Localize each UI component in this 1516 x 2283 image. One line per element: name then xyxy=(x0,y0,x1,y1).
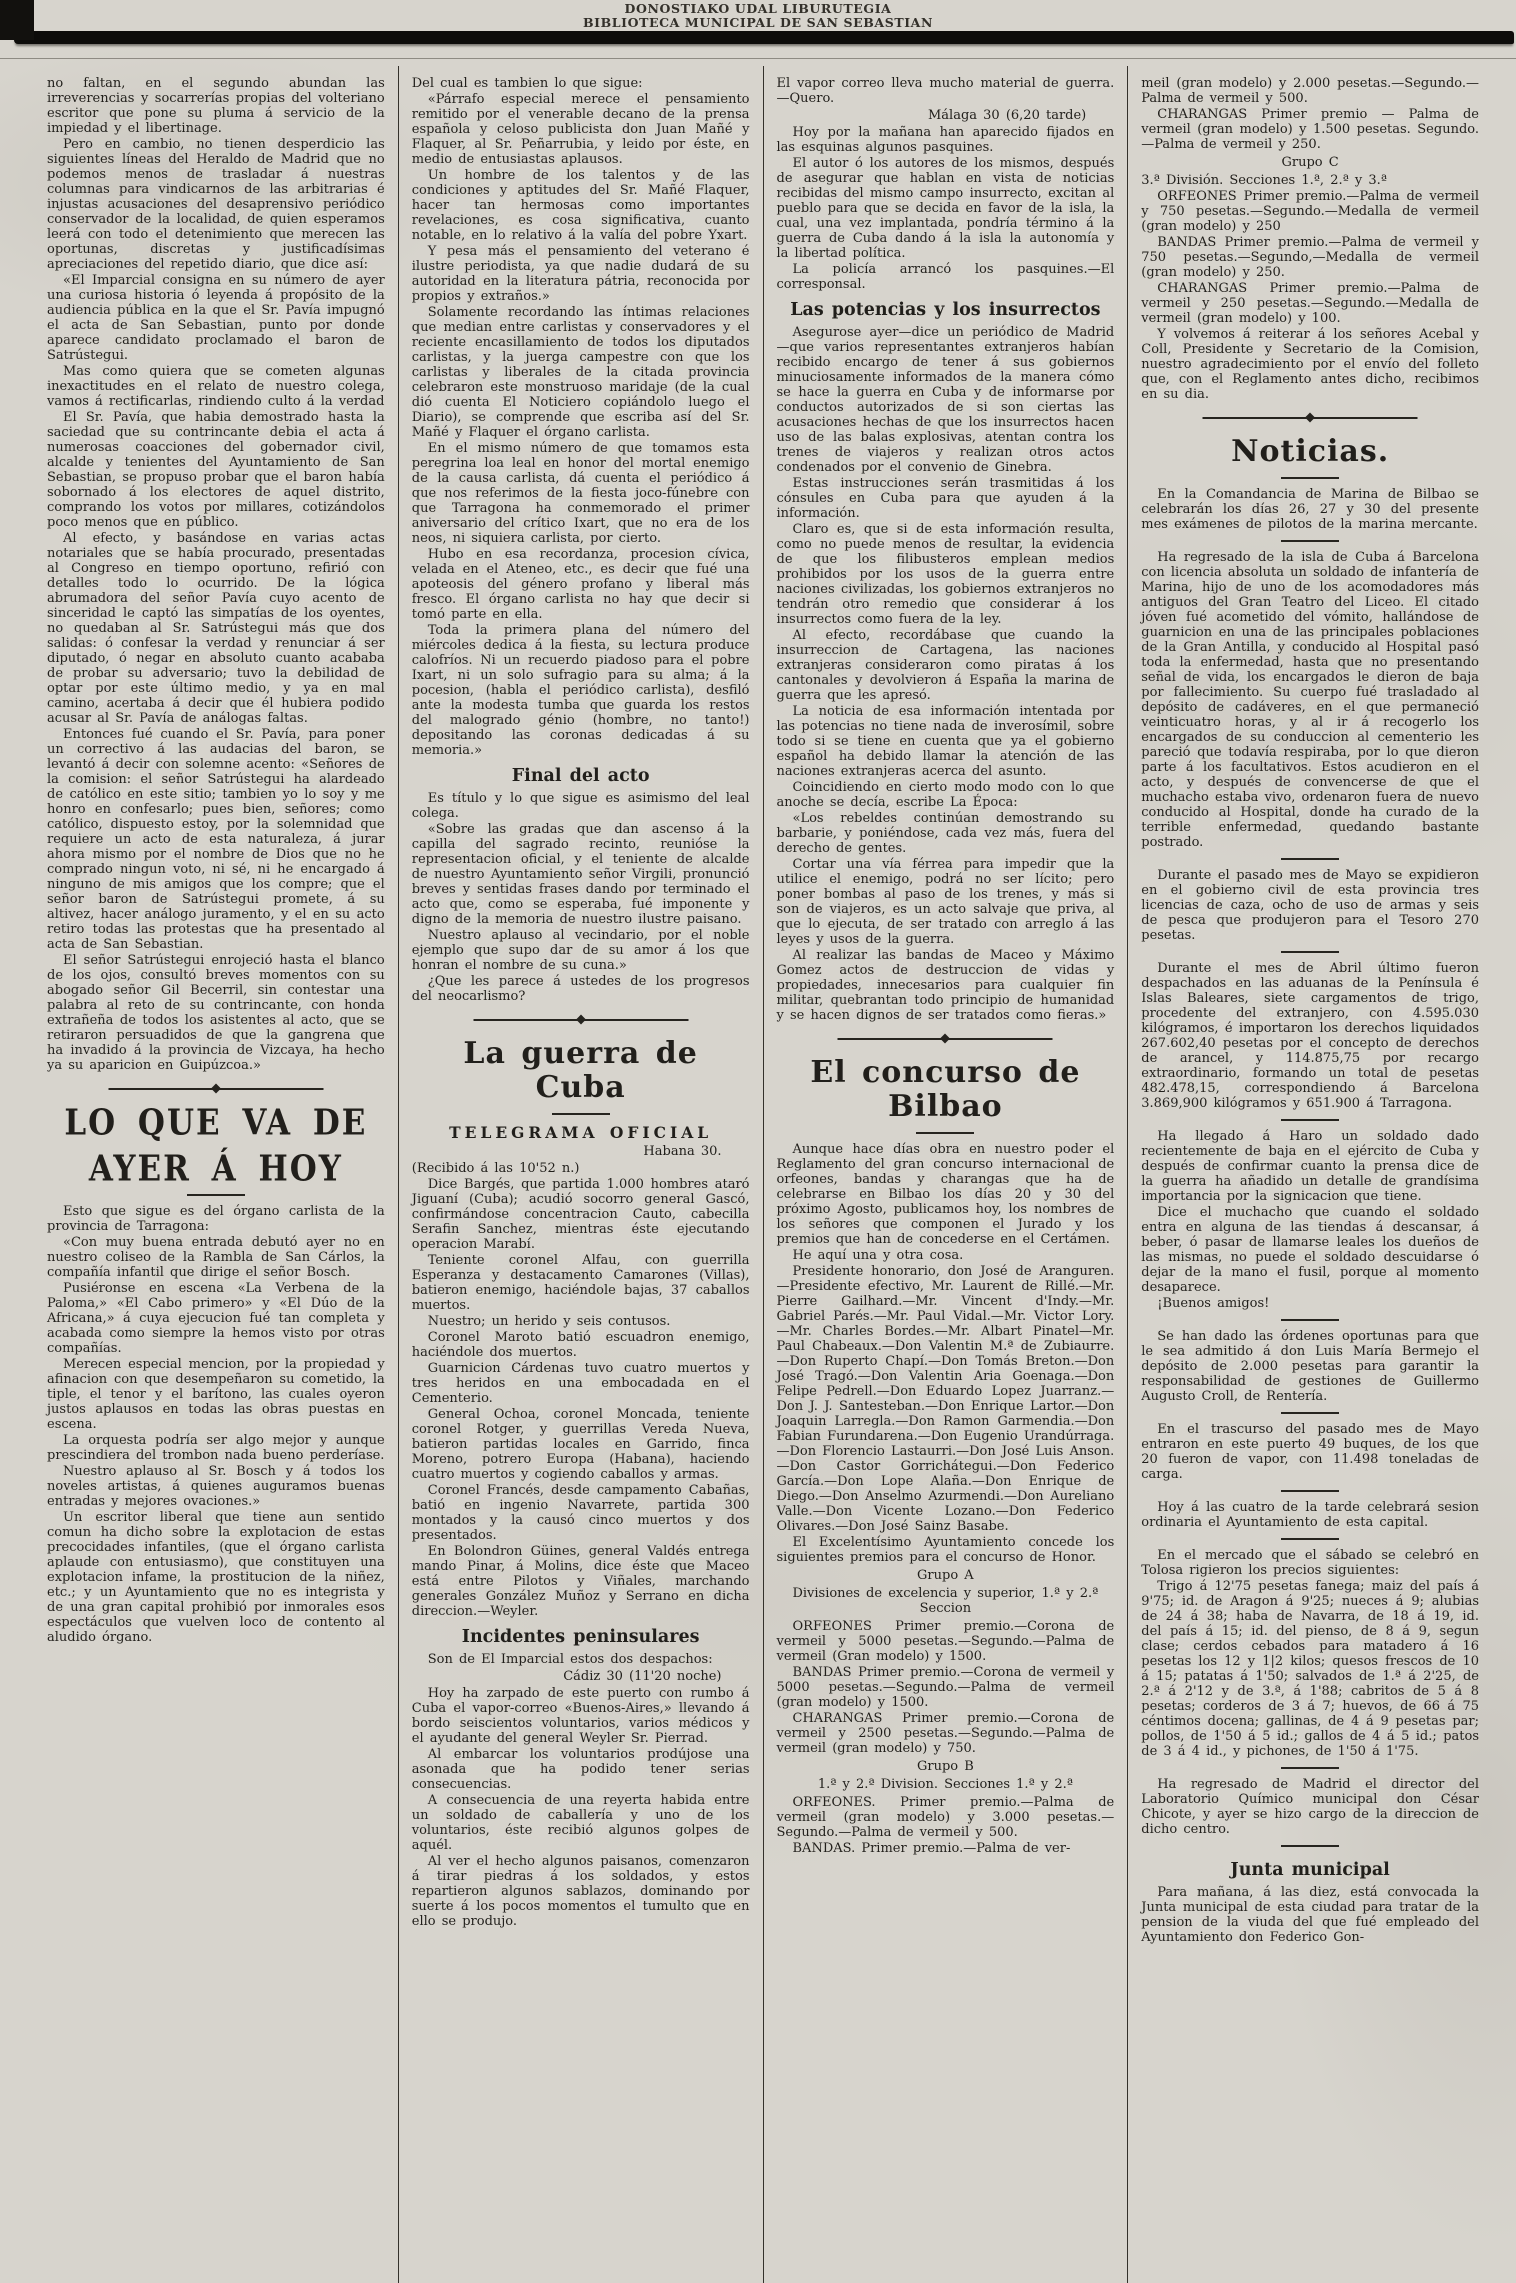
section-heading: Noticias. xyxy=(1141,435,1479,469)
paragraph: Aunque hace días obra en nuestro poder e… xyxy=(777,1142,1115,1247)
paragraph: El vapor correo lleva mucho material de … xyxy=(777,76,1115,106)
paragraph: Esto que sigue es del órgano carlista de… xyxy=(47,1204,385,1234)
paragraph: Al efecto, recordábase que cuando la ins… xyxy=(777,628,1115,703)
paragraph: El autor ó los autores de los mismos, de… xyxy=(777,156,1115,261)
section-heading: El concurso de Bilbao xyxy=(777,1056,1115,1124)
paragraph: «Los rebeldes continúan demostrando su b… xyxy=(777,811,1115,856)
paragraph: no faltan, en el segundo abundan las irr… xyxy=(47,76,385,136)
paragraph: Guarnicion Cárdenas tuvo cuatro muertos … xyxy=(412,1361,750,1406)
paragraph: Presidente honorario, don José de Arangu… xyxy=(777,1264,1115,1534)
section-heading: Final del acto xyxy=(412,765,750,787)
column-container: no faltan, en el segundo abundan las irr… xyxy=(34,66,1492,2283)
section-divider xyxy=(412,1108,750,1120)
section-divider xyxy=(1141,1314,1479,1326)
centered-line: Grupo C xyxy=(1141,155,1479,170)
paragraph: El señor Satrústegui enrojeció hasta el … xyxy=(47,953,385,1073)
paragraph: Asegurose ayer—dice un periódico de Madr… xyxy=(777,325,1115,475)
paragraph: Estas instrucciones serán trasmitidas á … xyxy=(777,476,1115,521)
centered-line: 1.ª y 2.ª Division. Secciones 1.ª y 2.ª xyxy=(777,1777,1115,1792)
stamp-line-2: BIBLIOTECA MUNICIPAL DE SAN SEBASTIAN xyxy=(0,16,1516,30)
paragraph: Nuestro aplauso al vecindario, por el no… xyxy=(412,928,750,973)
column-4: meil (gran modelo) y 2.000 pesetas.—Segu… xyxy=(1127,66,1492,2283)
section-divider xyxy=(777,1030,1115,1048)
paragraph: General Ochoa, coronel Moncada, teniente… xyxy=(412,1407,750,1482)
paragraph: Ha regresado de la isla de Cuba á Barcel… xyxy=(1141,550,1479,850)
paragraph: «El Imparcial consigna en su número de a… xyxy=(47,273,385,363)
paragraph: Coronel Francés, desde campamento Cabaña… xyxy=(412,1483,750,1543)
dateline: Habana 30. xyxy=(412,1144,750,1159)
paragraph: La policía arrancó los pasquines.—El cor… xyxy=(777,262,1115,292)
paragraph: Dice el muchacho que cuando el soldado e… xyxy=(1141,1205,1479,1295)
ink-band xyxy=(14,31,1514,44)
centered-line: Grupo A xyxy=(777,1568,1115,1583)
paragraph: Merecen especial mencion, por la propied… xyxy=(47,1357,385,1432)
section-divider xyxy=(1141,409,1479,427)
section-divider xyxy=(412,1011,750,1029)
paragraph: Teniente coronel Alfau, con guerrilla Es… xyxy=(412,1253,750,1313)
paragraph: Al efecto, y basándose en varias actas n… xyxy=(47,531,385,726)
paragraph: ORFEONES Primer premio.—Palma de vermeil… xyxy=(1141,189,1479,234)
paragraph: En la Comandancia de Marina de Bilbao se… xyxy=(1141,487,1479,532)
paragraph: Toda la primera plana del número del mié… xyxy=(412,623,750,758)
paragraph: ORFEONES Primer premio.—Corona de vermei… xyxy=(777,1619,1115,1664)
section-divider xyxy=(1141,1840,1479,1852)
section-subheading: TELEGRAMA OFICIAL xyxy=(412,1125,750,1140)
dateline: Cádiz 30 (11'20 noche) xyxy=(412,1669,750,1684)
paragraph: Pusiéronse en escena «La Verbena de la P… xyxy=(47,1281,385,1356)
paragraph: «Sobre las gradas que dan ascenso á la c… xyxy=(412,822,750,927)
dateline: Málaga 30 (6,20 tarde) xyxy=(777,108,1115,123)
column-1: no faltan, en el segundo abundan las irr… xyxy=(34,66,398,2283)
paragraph: La orquesta podría ser algo mejor y aunq… xyxy=(47,1433,385,1463)
paragraph: El Excelentísimo Ayuntamiento concede lo… xyxy=(777,1535,1115,1565)
paragraph: Se han dado las órdenes oportunas para q… xyxy=(1141,1329,1479,1404)
paragraph: Dice Bargés, que partida 1.000 hombres a… xyxy=(412,1177,750,1252)
paragraph: BANDAS Primer premio.—Corona de vermeil … xyxy=(777,1665,1115,1710)
paragraph: ORFEONES. Primer premio.—Palma de vermei… xyxy=(777,1795,1115,1840)
paragraph: La noticia de esa información intentada … xyxy=(777,704,1115,779)
paragraph: ¿Que les parece á ustedes de los progres… xyxy=(412,974,750,1004)
paragraph: Es título y lo que sigue es asimismo del… xyxy=(412,791,750,821)
paragraph: El Sr. Pavía, que habia demostrado hasta… xyxy=(47,410,385,530)
paragraph: Claro es, que si de esta información res… xyxy=(777,522,1115,627)
paragraph: Coronel Maroto batió escuadron enemigo, … xyxy=(412,1330,750,1360)
section-heading: Junta municipal xyxy=(1141,1859,1479,1881)
newspaper-page: DONOSTIAKO UDAL LIBURUTEGIA BIBLIOTECA M… xyxy=(0,0,1516,2283)
paragraph: CHARANGAS Primer premio.—Palma de vermei… xyxy=(1141,281,1479,326)
paragraph: Durante el pasado mes de Mayo se expidie… xyxy=(1141,868,1479,943)
section-divider xyxy=(1141,1533,1479,1545)
paragraph: Hoy por la mañana han aparecido fijados … xyxy=(777,125,1115,155)
section-divider xyxy=(777,1127,1115,1139)
paragraph: Cortar una vía férrea para impedir que l… xyxy=(777,857,1115,947)
paragraph: Y pesa más el pensamiento del veterano é… xyxy=(412,244,750,304)
paragraph: BANDAS. Primer premio.—Palma de ver- xyxy=(777,1841,1115,1856)
section-divider xyxy=(1141,1114,1479,1126)
column-2: Del cual es tambien lo que sigue:«Párraf… xyxy=(398,66,763,2283)
paragraph: En el mismo número de que tomamos esta p… xyxy=(412,441,750,546)
paragraph: He aquí una y otra cosa. xyxy=(777,1248,1115,1263)
paragraph: CHARANGAS Primer premio.—Corona de verme… xyxy=(777,1711,1115,1756)
paragraph: En el trascurso del pasado mes de Mayo e… xyxy=(1141,1422,1479,1482)
paragraph: Mas como quiera que se cometen algunas i… xyxy=(47,364,385,409)
paragraph: Un escritor liberal que tiene aun sentid… xyxy=(47,1510,385,1645)
section-divider xyxy=(1141,946,1479,958)
paragraph: Son de El Imparcial estos dos despachos: xyxy=(412,1652,750,1667)
centered-line: Grupo B xyxy=(777,1759,1115,1774)
section-divider xyxy=(1141,472,1479,484)
paragraph: En Bolondron Güines, general Valdés entr… xyxy=(412,1544,750,1619)
paragraph: Pero en cambio, no tienen desperdicio la… xyxy=(47,137,385,272)
paragraph: Hoy á las cuatro de la tarde celebrará s… xyxy=(1141,1500,1479,1530)
section-divider xyxy=(47,1189,385,1201)
paragraph: «Párrafo especial merece el pensamiento … xyxy=(412,92,750,167)
centered-line: Divisiones de excelencia y superior, 1.ª… xyxy=(777,1586,1115,1616)
paragraph: meil (gran modelo) y 2.000 pesetas.—Segu… xyxy=(1141,76,1479,106)
paragraph: Nuestro; un herido y seis contusos. xyxy=(412,1314,750,1329)
paragraph: Y volvemos á reiterar á los señores Aceb… xyxy=(1141,327,1479,402)
section-heading: LO QUE VA DE AYER Á HOY xyxy=(47,1100,385,1192)
section-divider xyxy=(1141,1407,1479,1419)
paragraph: En el mercado que el sábado se celebró e… xyxy=(1141,1548,1479,1578)
paragraph: CHARANGAS Primer premio — Palma de verme… xyxy=(1141,107,1479,152)
paragraph: «Con muy buena entrada debutó ayer no en… xyxy=(47,1235,385,1280)
paragraph: Del cual es tambien lo que sigue: xyxy=(412,76,750,91)
paragraph: Entonces fué cuando el Sr. Pavía, para p… xyxy=(47,727,385,952)
section-divider xyxy=(1141,853,1479,865)
paragraph: Nuestro aplauso al Sr. Bosch y á todos l… xyxy=(47,1464,385,1509)
paragraph: Al ver el hecho algunos paisanos, comenz… xyxy=(412,1854,750,1929)
paragraph: Hoy ha zarpado de este puerto con rumbo … xyxy=(412,1686,750,1746)
paragraph: BANDAS Primer premio.—Palma de vermeil y… xyxy=(1141,235,1479,280)
paragraph: Ha regresado de Madrid el director del L… xyxy=(1141,1777,1479,1837)
paragraph: Ha llegado á Haro un soldado dado recien… xyxy=(1141,1129,1479,1204)
paragraph: Coincidiendo en cierto modo modo con lo … xyxy=(777,780,1115,810)
paragraph: Para mañana, á las diez, está convocada … xyxy=(1141,1885,1479,1945)
section-divider xyxy=(1141,535,1479,547)
paragraph: A consecuencia de una reyerta habida ent… xyxy=(412,1793,750,1853)
section-divider xyxy=(1141,1485,1479,1497)
paragraph: Al realizar las bandas de Maceo y Máximo… xyxy=(777,948,1115,1023)
section-divider xyxy=(47,1080,385,1098)
section-heading: Incidentes peninsulares xyxy=(412,1626,750,1648)
paragraph: Al embarcar los voluntarios prodújose un… xyxy=(412,1747,750,1792)
paragraph: Hubo en esa recordanza, procesion cívica… xyxy=(412,547,750,622)
paragraph: Solamente recordando las íntimas relacio… xyxy=(412,305,750,440)
column-3: El vapor correo lleva mucho material de … xyxy=(763,66,1128,2283)
section-heading: Las potencias y los insurrectos xyxy=(777,299,1115,321)
paragraph: Un hombre de los talentos y de las condi… xyxy=(412,168,750,243)
stamp-line-1: DONOSTIAKO UDAL LIBURUTEGIA xyxy=(0,2,1516,16)
section-divider xyxy=(1141,1762,1479,1774)
library-stamp: DONOSTIAKO UDAL LIBURUTEGIA BIBLIOTECA M… xyxy=(0,2,1516,30)
paragraph: Durante el mes de Abril último fueron de… xyxy=(1141,961,1479,1111)
paragraph: ¡Buenos amigos! xyxy=(1141,1296,1479,1311)
paragraph: 3.ª División. Secciones 1.ª, 2.ª y 3.ª xyxy=(1141,173,1479,188)
header-rule xyxy=(0,58,1516,59)
paragraph: (Recibido á las 10'52 n.) xyxy=(412,1161,750,1176)
paragraph: Trigo á 12'75 pesetas fanega; maiz del p… xyxy=(1141,1579,1479,1759)
section-heading: La guerra de Cuba xyxy=(412,1037,750,1105)
